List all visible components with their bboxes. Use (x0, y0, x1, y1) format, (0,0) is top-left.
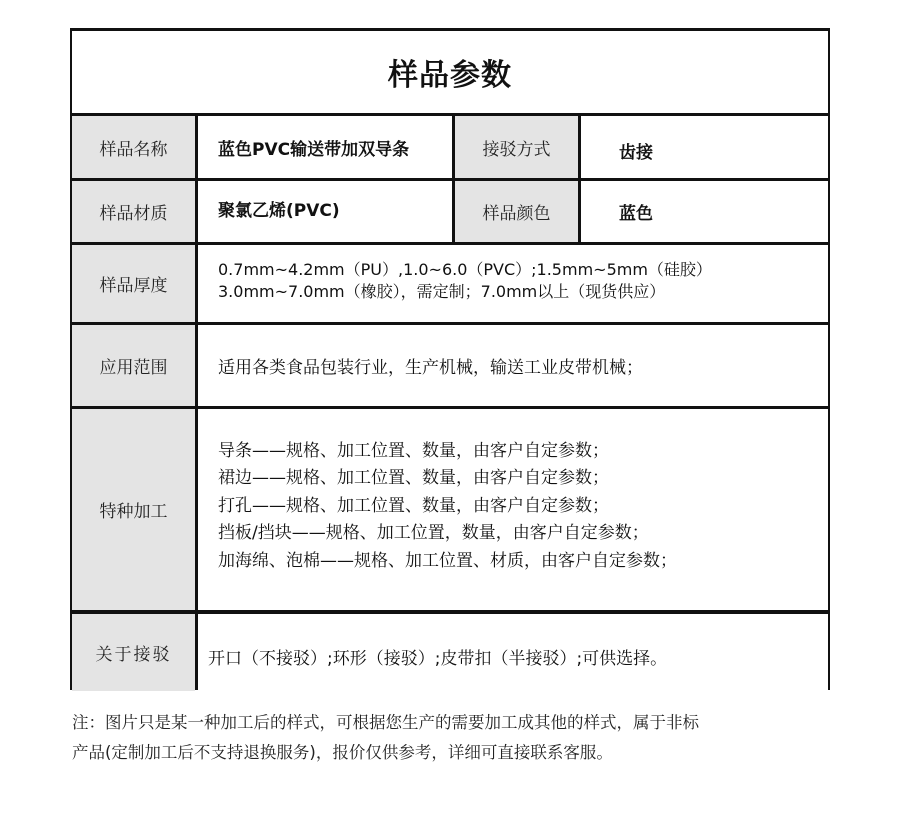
value-application: 适用各类食品包装行业，生产机械，输送工业皮带机械； (198, 325, 828, 406)
thickness-line: 3.0mm~7.0mm（橡胶），需定制；7.0mm以上（现货供应） (218, 281, 665, 303)
value-special-processing: 导条——规格、加工位置、数量，由客户自定参数； 裙边——规格、加工位置、数量，由… (198, 409, 828, 610)
value-joint-method: 齿接 (581, 116, 828, 178)
special-line: 导条——规格、加工位置、数量，由客户自定参数； (218, 438, 609, 466)
label-sample-name: 样品名称 (72, 116, 195, 178)
special-line: 加海绵、泡棉——规格、加工位置、材质，由客户自定参数； (218, 548, 677, 576)
table-title: 样品参数 (72, 31, 828, 113)
special-line: 裙边——规格、加工位置、数量，由客户自定参数； (218, 465, 609, 493)
footnote-line: 产品(定制加工后不支持退换服务)，报价仅供参考，详细可直接联系客服。 (72, 738, 832, 768)
value-about-joint: 开口（不接驳）;环形（接驳）;皮带扣（半接驳）;可供选择。 (198, 614, 828, 691)
label-application: 应用范围 (72, 325, 195, 406)
special-line: 挡板/挡块——规格、加工位置，数量，由客户自定参数； (218, 520, 649, 548)
label-color: 样品颜色 (455, 181, 578, 242)
value-color: 蓝色 (581, 181, 828, 242)
label-joint-method: 接驳方式 (455, 116, 578, 178)
value-thickness: 0.7mm~4.2mm（PU）,1.0~6.0（PVC）;1.5mm~5mm（硅… (198, 245, 828, 322)
label-about-joint: 关于接驳 (72, 614, 195, 691)
special-line: 打孔——规格、加工位置、数量，由客户自定参数； (218, 493, 609, 521)
value-sample-name: 蓝色PVC输送带加双导条 (198, 116, 452, 178)
value-material: 聚氯乙烯(PVC) (198, 181, 452, 242)
sample-parameters-table: 样品参数 样品名称 蓝色PVC输送带加双导条 接驳方式 齿接 样品材质 聚氯乙烯… (70, 28, 830, 690)
footnote: 注：图片只是某一种加工后的样式，可根据您生产的需要加工成其他的样式，属于非标 产… (72, 708, 832, 768)
footnote-line: 注：图片只是某一种加工后的样式，可根据您生产的需要加工成其他的样式，属于非标 (72, 708, 832, 738)
label-material: 样品材质 (72, 181, 195, 242)
thickness-line: 0.7mm~4.2mm（PU）,1.0~6.0（PVC）;1.5mm~5mm（硅… (218, 259, 712, 281)
label-thickness: 样品厚度 (72, 245, 195, 322)
label-special-processing: 特种加工 (72, 409, 195, 610)
